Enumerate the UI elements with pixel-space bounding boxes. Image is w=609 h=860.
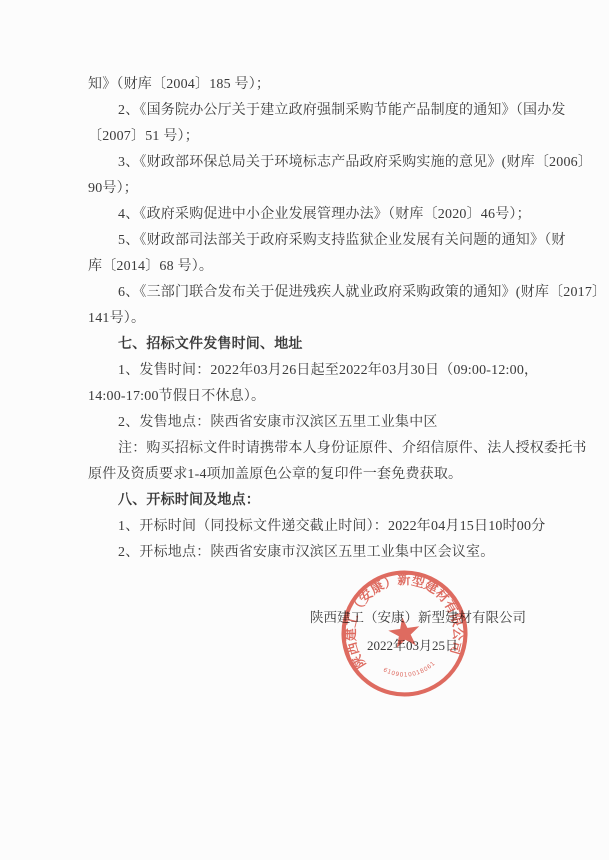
paragraph-line: 1、开标时间（同投标文件递交截止时间）：2022年04月15日10时00分	[88, 514, 528, 540]
paragraph-line: 注：购买招标文件时请携带本人身份证原件、介绍信原件、法人授权委托书	[88, 436, 528, 462]
paragraph-line: 1、发售时间：2022年03月26日起至2022年03月30日（09:00-12…	[88, 358, 528, 384]
star-icon	[387, 615, 422, 649]
paragraph-line: 知》（财库〔2004〕185 号）；	[88, 72, 528, 98]
paragraph-line: 原件及资质要求1-4项加盖原色公章的复印件一套免费获取。	[88, 462, 528, 488]
paragraph-line: 3、《财政部环保总局关于环境标志产品政府采购实施的意见》(财库〔2006〕	[88, 150, 528, 176]
paragraph-line: 5、《财政部司法部关于政府采购支持监狱企业发展有关问题的通知》（财	[88, 228, 528, 254]
paragraph-line: 2、开标地点：陕西省安康市汉滨区五里工业集中区会议室。	[88, 540, 528, 566]
page: 知》（财库〔2004〕185 号）； 2、《国务院办公厅关于建立政府强制采购节能…	[0, 0, 609, 860]
paragraph-line: 90号）；	[88, 176, 528, 202]
seal-serial-number: 6109010018061	[381, 660, 438, 682]
paragraph-line: 141号）。	[88, 306, 528, 332]
paragraph-line: 库〔2014〕68 号）。	[88, 254, 528, 280]
section-heading-7: 七、招标文件发售时间、地址	[88, 332, 528, 358]
paragraph-line: 2、《国务院办公厅关于建立政府强制采购节能产品制度的通知》（国办发	[88, 98, 528, 124]
paragraph-line: 14:00-17:00节假日不休息）。	[88, 384, 528, 410]
document-body: 知》（财库〔2004〕185 号）； 2、《国务院办公厅关于建立政府强制采购节能…	[88, 72, 528, 566]
paragraph-line: 4、《政府采购促进中小企业发展管理办法》（财库〔2020〕46号）；	[88, 202, 528, 228]
paragraph-line: 6、《三部门联合发布关于促进残疾人就业政府采购政策的通知》(财库〔2017〕	[88, 280, 528, 306]
paragraph-line: 〔2007〕51 号）；	[88, 124, 528, 150]
company-seal-stamp: 陕西建工（安康）新型建材有限公司 6109010018061	[336, 565, 473, 702]
section-heading-8: 八、开标时间及地点：	[88, 488, 528, 514]
paragraph-line: 2、发售地点：陕西省安康市汉滨区五里工业集中区	[88, 410, 528, 436]
